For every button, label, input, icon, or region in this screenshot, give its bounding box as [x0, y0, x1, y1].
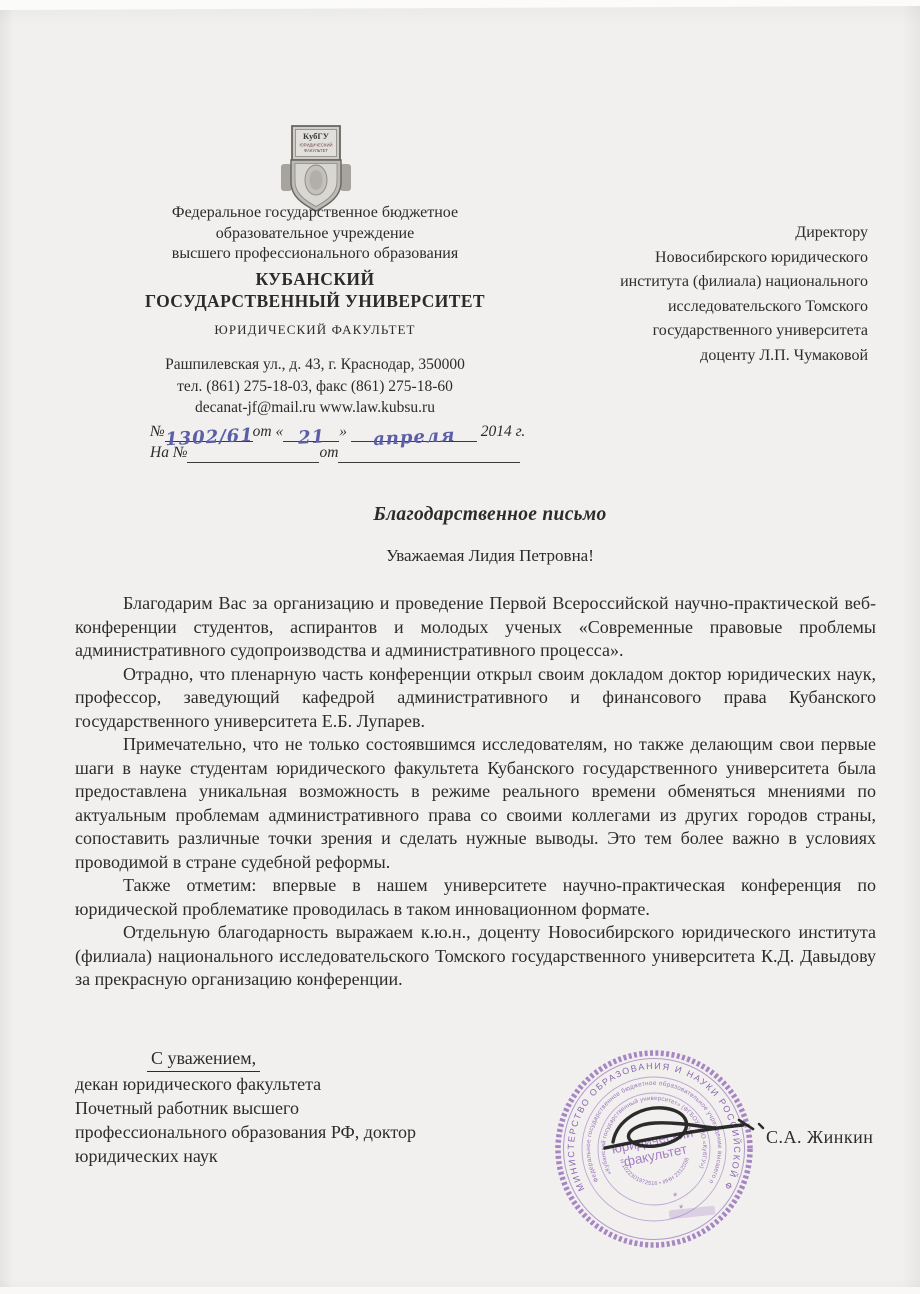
letter-body: Благодарим Вас за организацию и проведен…	[75, 592, 876, 992]
address-line-phone: тел. (861) 275-18-03, факс (861) 275-18-…	[85, 376, 545, 398]
recipient-line: государственного университета	[575, 319, 868, 344]
logo-univ-abbr: КубГУ	[303, 131, 330, 141]
stamp-asterisk: *	[673, 1191, 678, 1203]
body-paragraph: Также отметим: впервые в нашем университ…	[75, 874, 876, 921]
scanned-letter-page: КубГУ ЮРИДИЧЕСКИЙ ФАКУЛЬТЕТ Федеральное …	[0, 0, 920, 1294]
ref-year-label: 2014 г.	[481, 423, 526, 440]
recipient-line: доценту Л.П. Чумаковой	[575, 344, 868, 369]
org-line: высшего профессионального образования	[85, 244, 545, 265]
body-paragraph: Примечательно, что не только состоявшимс…	[75, 733, 876, 874]
letter-greeting: Уважаемая Лидия Петровна!	[75, 546, 905, 566]
university-name-line2: ГОСУДАРСТВЕННЫЙ УНИВЕРСИТЕТ	[85, 290, 545, 312]
logo-faculty-line1: ЮРИДИЧЕСКИЙ	[300, 143, 333, 148]
university-emblem-logo: КубГУ ЮРИДИЧЕСКИЙ ФАКУЛЬТЕТ	[278, 124, 354, 214]
logo-faculty-line2: ФАКУЛЬТЕТ	[304, 148, 328, 153]
ref-day-blank: 21	[283, 425, 339, 442]
scan-edge-bottom	[0, 1287, 920, 1294]
address-line-street: Рашпилевская ул., д. 43, г. Краснодар, 3…	[85, 354, 545, 376]
body-paragraph: Благодарим Вас за организацию и проведен…	[75, 592, 876, 663]
faculty-name: ЮРИДИЧЕСКИЙ ФАКУЛЬТЕТ	[85, 322, 545, 338]
signature-block: С уважением, декан юридического факульте…	[75, 1046, 515, 1168]
salutation: С уважением,	[147, 1046, 260, 1072]
reply-date-blank	[338, 446, 520, 463]
letter-title: Благодарственное письмо	[75, 504, 905, 526]
recipient-line: Новосибирского юридического	[575, 246, 868, 271]
outgoing-ref-row: №1302/61от «21» апреля 2014 г.	[150, 421, 570, 442]
org-type-block: Федеральное государственное бюджетное об…	[85, 203, 545, 265]
ref-from-label: от «	[253, 423, 284, 440]
signer-title-line: юридических наук	[75, 1144, 515, 1168]
recipient-line: института (филиала) национального	[575, 270, 868, 295]
signer-title-line: декан юридического факультета	[75, 1072, 515, 1096]
address-block: Рашпилевская ул., д. 43, г. Краснодар, 3…	[85, 354, 545, 419]
signer-name: С.А. Жинкин	[766, 1127, 873, 1148]
dean-signature	[593, 1096, 783, 1168]
org-line: образовательное учреждение	[85, 224, 545, 245]
stamp-smudge	[669, 1206, 716, 1220]
university-name: КУБАНСКИЙ ГОСУДАРСТВЕННЫЙ УНИВЕРСИТЕТ	[85, 268, 545, 312]
signer-title-line: Почетный работник высшего	[75, 1096, 515, 1120]
reference-block: №1302/61от «21» апреля 2014 г. На №от	[150, 421, 570, 463]
ref-quote-close: »	[339, 423, 347, 440]
body-paragraph: Отдельную благодарность выражаем к.ю.н.,…	[75, 921, 876, 992]
signer-title-line: профессионального образования РФ, доктор	[75, 1120, 515, 1144]
ref-day-handwritten: 21	[297, 426, 325, 448]
ref-no-label: №	[150, 423, 165, 440]
address-line-email-web: decanat-jf@mail.ru www.law.kubsu.ru	[85, 397, 545, 419]
ref-no-blank: 1302/61	[165, 425, 253, 442]
ref-month-handwritten: апреля	[372, 425, 455, 450]
ref-month-blank: апреля	[351, 425, 477, 442]
body-paragraph: Отрадно, что пленарную часть конференции…	[75, 663, 876, 734]
university-name-line1: КУБАНСКИЙ	[85, 268, 545, 290]
recipient-line: исследовательского Томского	[575, 295, 868, 320]
scan-edge-top	[0, 0, 920, 10]
recipient-line: Директору	[575, 221, 868, 246]
recipient-block: Директору Новосибирского юридического ин…	[575, 221, 868, 368]
org-line: Федеральное государственное бюджетное	[85, 203, 545, 224]
